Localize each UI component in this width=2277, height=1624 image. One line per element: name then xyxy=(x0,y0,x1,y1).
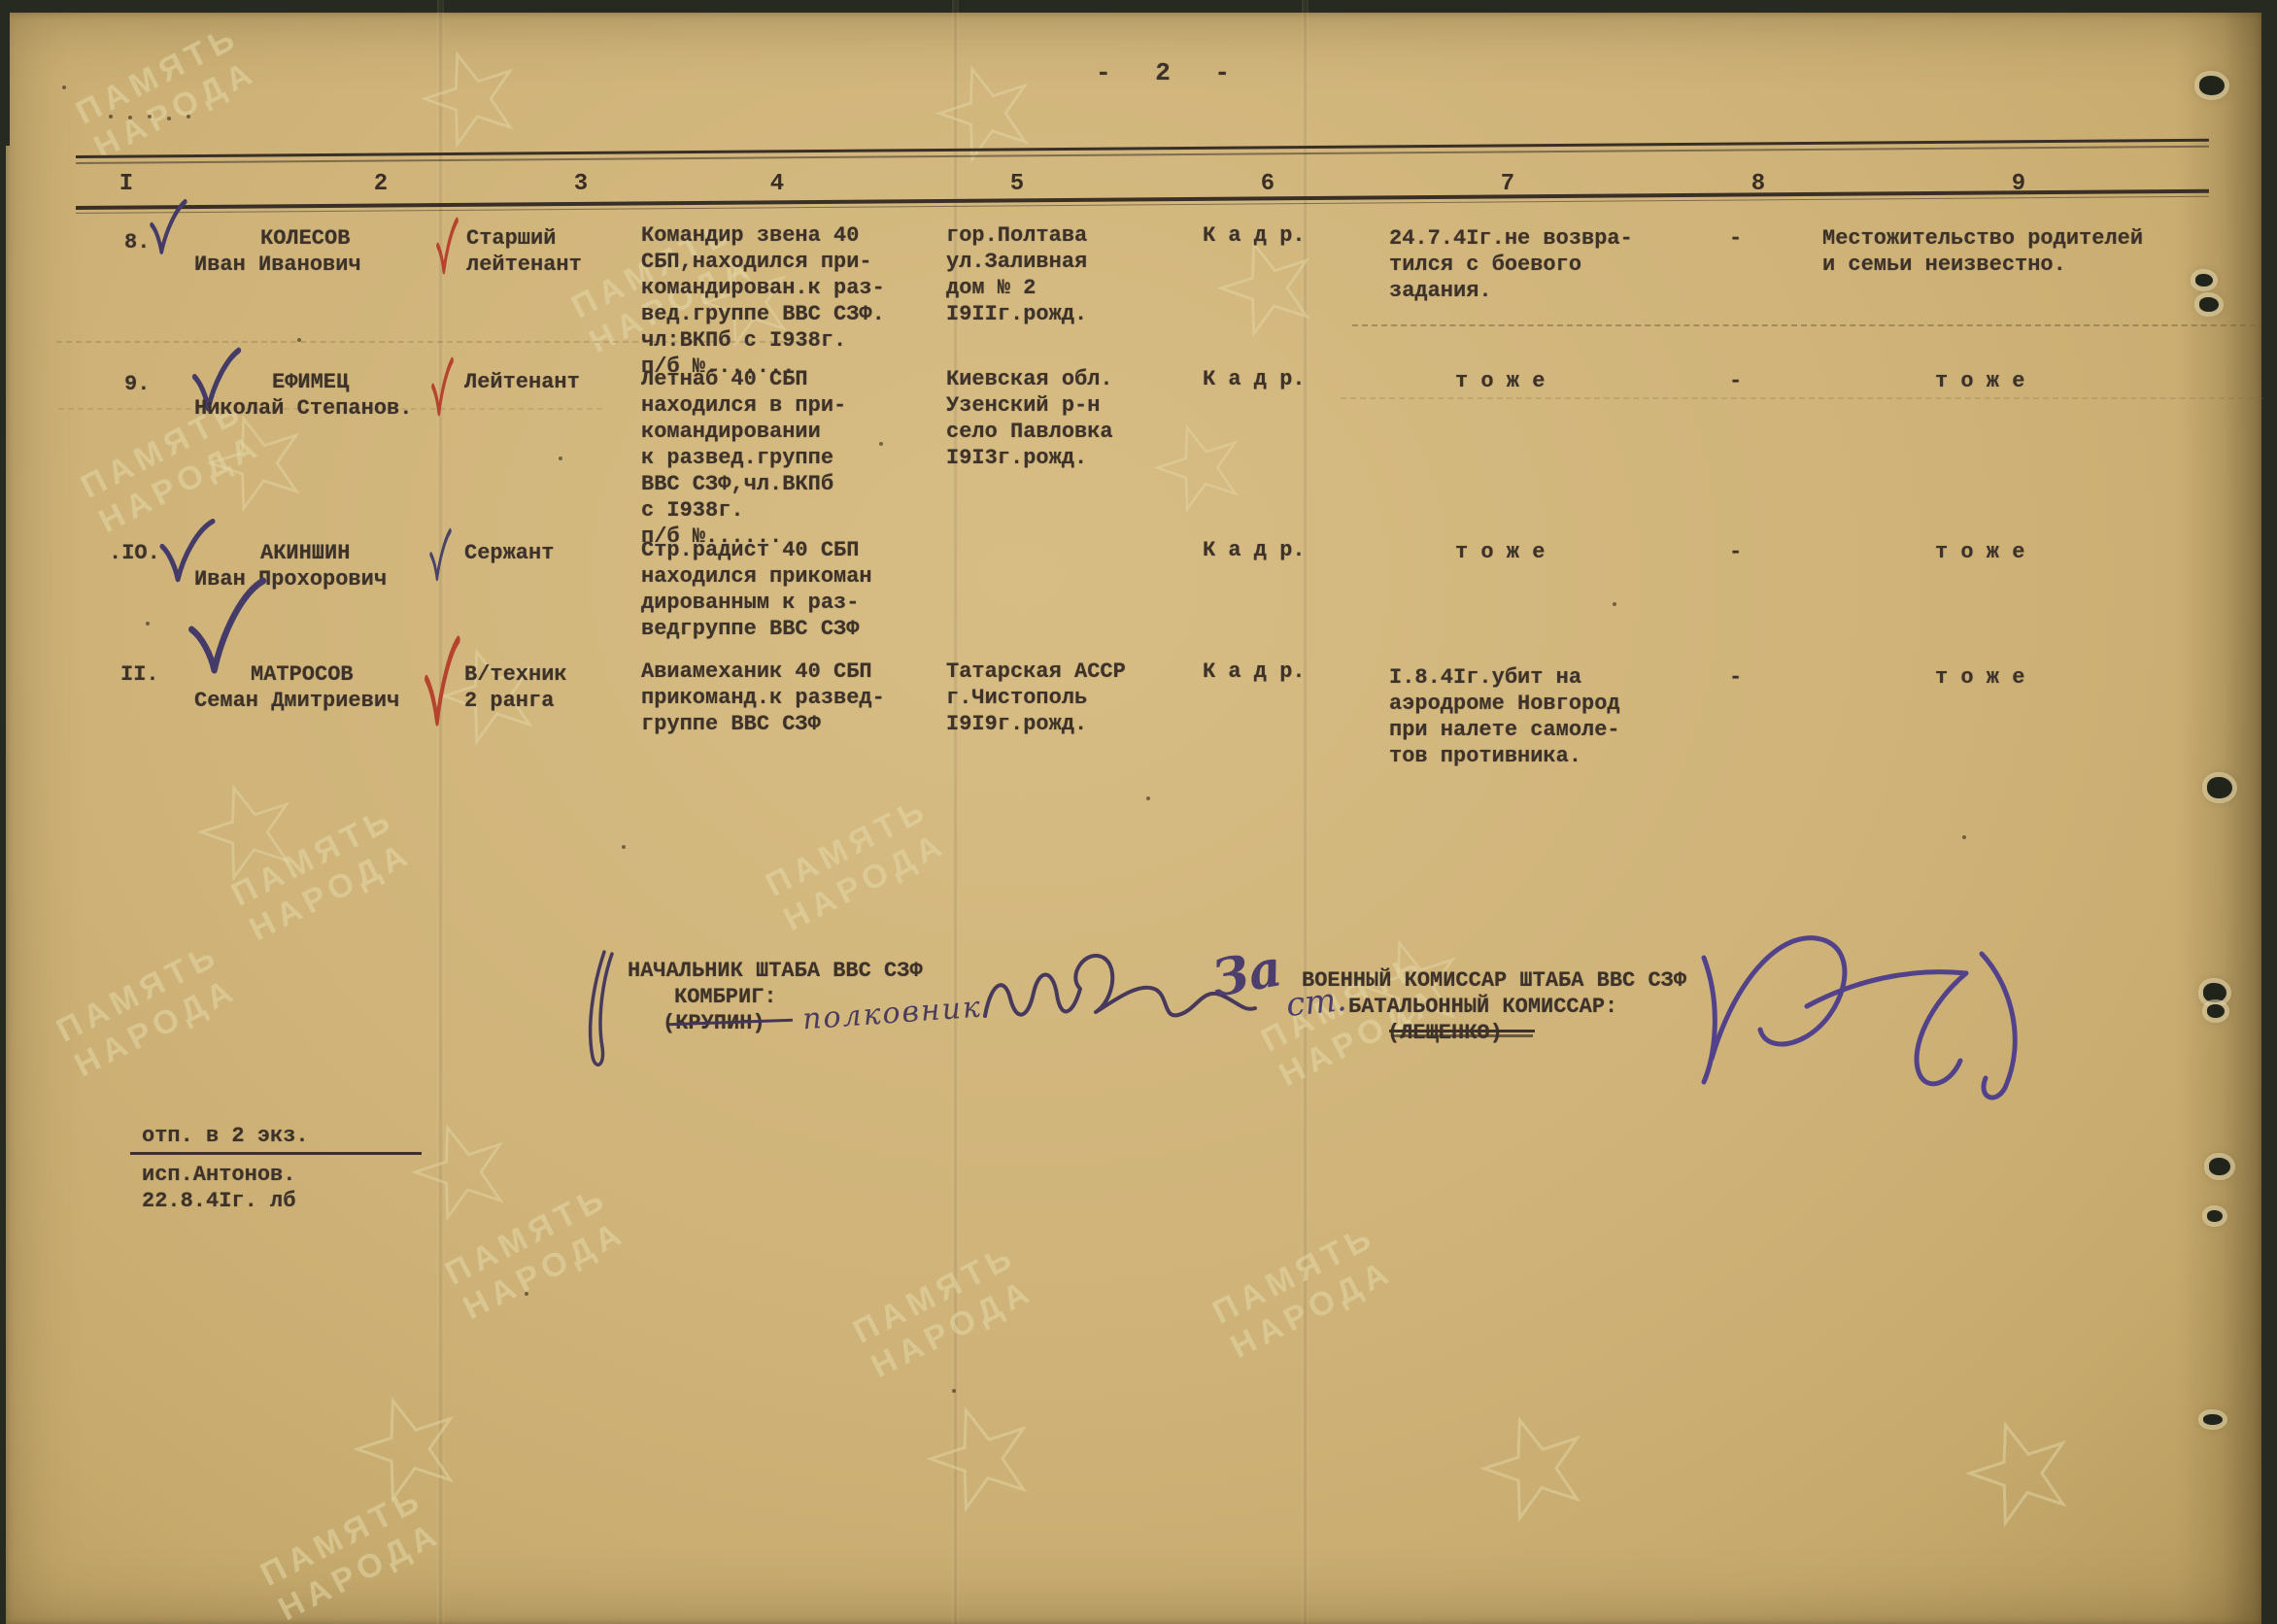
ghost-line xyxy=(1352,324,2256,326)
ink-speck xyxy=(146,622,150,626)
signature-right xyxy=(1690,911,2050,1115)
row-surname: ЕФИМЕЦ xyxy=(272,369,349,395)
ink-speck xyxy=(622,845,626,849)
handwritten-note-za: За xyxy=(1207,938,1286,1008)
signature-rank-left: КОМБРИГ: xyxy=(674,984,777,1010)
paper-hole xyxy=(2195,274,2213,287)
row-service: К а д р. xyxy=(1203,366,1306,392)
footer-copies: отп. в 2 экз. xyxy=(142,1123,309,1149)
row-family: т о ж е xyxy=(1935,664,2024,691)
row-service: К а д р. xyxy=(1203,537,1306,563)
document-page: ПАМЯТЬНАРОДА ПАМЯТЬНАРОДА ПАМЯТЬНАРОДА П… xyxy=(0,0,2277,1624)
row-number: 9. xyxy=(124,371,150,397)
column-header-8: 8 xyxy=(1751,171,1765,197)
row-birthplace: Татарская АССР г.Чистополь I9I9г.рожд. xyxy=(946,659,1126,737)
paper-hole xyxy=(2207,1004,2225,1018)
ink-speck xyxy=(128,116,132,119)
row-awards: - xyxy=(1729,225,1742,252)
row-position: Летнаб 40 СБП находился в при- командиро… xyxy=(641,366,846,550)
row-position: Стр.радист 40 СБП находился прикоман дир… xyxy=(641,537,872,642)
row-fate: т о ж е xyxy=(1455,539,1545,565)
ink-speck xyxy=(187,115,190,118)
row-surname: КОЛЕСОВ xyxy=(260,225,350,252)
row-rank: Сержант xyxy=(464,540,554,566)
checkmark-number-icon xyxy=(148,198,188,256)
ink-speck xyxy=(62,85,66,89)
row-rank: В/техник 2 ранга xyxy=(464,661,567,714)
ink-speck xyxy=(109,115,113,118)
column-header-9: 9 xyxy=(2012,171,2025,197)
row-surname: АКИНШИН xyxy=(260,540,350,566)
column-header-6: 6 xyxy=(1261,171,1274,197)
scan-corner xyxy=(0,0,10,146)
paper-edge-shadow xyxy=(2174,13,2261,1624)
ink-speck xyxy=(525,1292,528,1296)
ink-speck xyxy=(952,1389,956,1393)
signature-rank-right: БАТАЛЬОННЫЙ КОМИССАР: xyxy=(1348,994,1617,1020)
row-number: II. xyxy=(120,661,159,688)
row-birthplace: Киевская обл. Узенский р-н село Павловка… xyxy=(946,366,1113,471)
row-birthplace: гор.Полтава ул.Заливная дом № 2 I9IIг.ро… xyxy=(946,222,1087,327)
ink-speck xyxy=(1146,796,1150,800)
column-header-3: 3 xyxy=(574,171,588,197)
column-header-7: 7 xyxy=(1501,171,1514,197)
row-fate: I.8.4Iг.убит на аэродроме Новгород при н… xyxy=(1389,664,1620,769)
signature-title-left: НАЧАЛЬНИК ШТАБА ВВС СЗФ xyxy=(628,958,923,984)
row-number: 8. xyxy=(124,229,150,255)
paper-hole xyxy=(2207,1210,2223,1222)
ink-speck xyxy=(879,442,883,446)
row-awards: - xyxy=(1729,368,1742,394)
row-awards: - xyxy=(1729,664,1742,691)
checkmark-rank-icon xyxy=(434,216,459,276)
row-family: т о ж е xyxy=(1935,539,2024,565)
footer-date: 22.8.4Iг. лб xyxy=(142,1188,295,1214)
column-header-4: 4 xyxy=(770,171,784,197)
row-position: Авиамеханик 40 СБП прикоманд.к развед- г… xyxy=(641,659,885,737)
row-awards: - xyxy=(1729,539,1742,565)
row-family: т о ж е xyxy=(1935,368,2024,394)
strikethrough xyxy=(1389,1030,1535,1032)
row-given-name: Иван Иванович xyxy=(194,252,361,278)
row-service: К а д р. xyxy=(1203,222,1306,249)
row-number: .IO. xyxy=(109,540,160,566)
row-rank: Лейтенант xyxy=(464,369,580,395)
signature-name-right: (ЛЕЩЕНКО) xyxy=(1387,1020,1503,1046)
paper-hole xyxy=(2199,297,2219,312)
column-header-2: 2 xyxy=(374,171,388,197)
handwritten-mark xyxy=(579,948,622,1080)
footer-underline xyxy=(130,1152,422,1155)
row-surname: МАТРОСОВ xyxy=(251,661,354,688)
column-header-1: I xyxy=(119,171,133,197)
footer-executor: исп.Антонов. xyxy=(142,1162,295,1188)
row-given-name: Николай Степанов. xyxy=(194,395,412,422)
checkmark-rank-icon xyxy=(427,526,453,583)
row-fate: т о ж е xyxy=(1455,368,1545,394)
ink-speck xyxy=(559,457,562,460)
paper-hole xyxy=(2203,1414,2223,1425)
ink-speck xyxy=(148,115,152,118)
ghost-line xyxy=(1341,397,2263,399)
checkmark-rank-icon xyxy=(429,355,455,418)
paper-hole xyxy=(2203,983,2226,1002)
ink-speck xyxy=(297,338,301,342)
page-number: - 2 - xyxy=(1096,60,1232,86)
row-fate: 24.7.4Iг.не возвра- тился с боевого зада… xyxy=(1389,225,1633,304)
row-given-name: Семан Дмитриевич xyxy=(194,688,399,714)
row-family: Местожительство родителей и семьи неизве… xyxy=(1822,225,2143,278)
ink-speck xyxy=(167,117,171,120)
strikethrough xyxy=(1391,1034,1533,1037)
ink-speck xyxy=(1613,602,1616,606)
paper-hole xyxy=(2207,777,2232,798)
checkmark-rank-icon xyxy=(422,634,462,727)
row-service: К а д р. xyxy=(1203,659,1306,685)
paper-hole xyxy=(2209,1158,2230,1175)
row-position: Командир звена 40 СБП,находился при- ком… xyxy=(641,222,885,380)
paper-hole xyxy=(2199,76,2225,95)
row-rank: Старший лейтенант xyxy=(466,225,582,278)
ink-speck xyxy=(1962,835,1966,839)
signature-title-right: ВОЕННЫЙ КОМИССАР ШТАБА ВВС СЗФ xyxy=(1302,967,1686,994)
column-header-5: 5 xyxy=(1010,171,1024,197)
